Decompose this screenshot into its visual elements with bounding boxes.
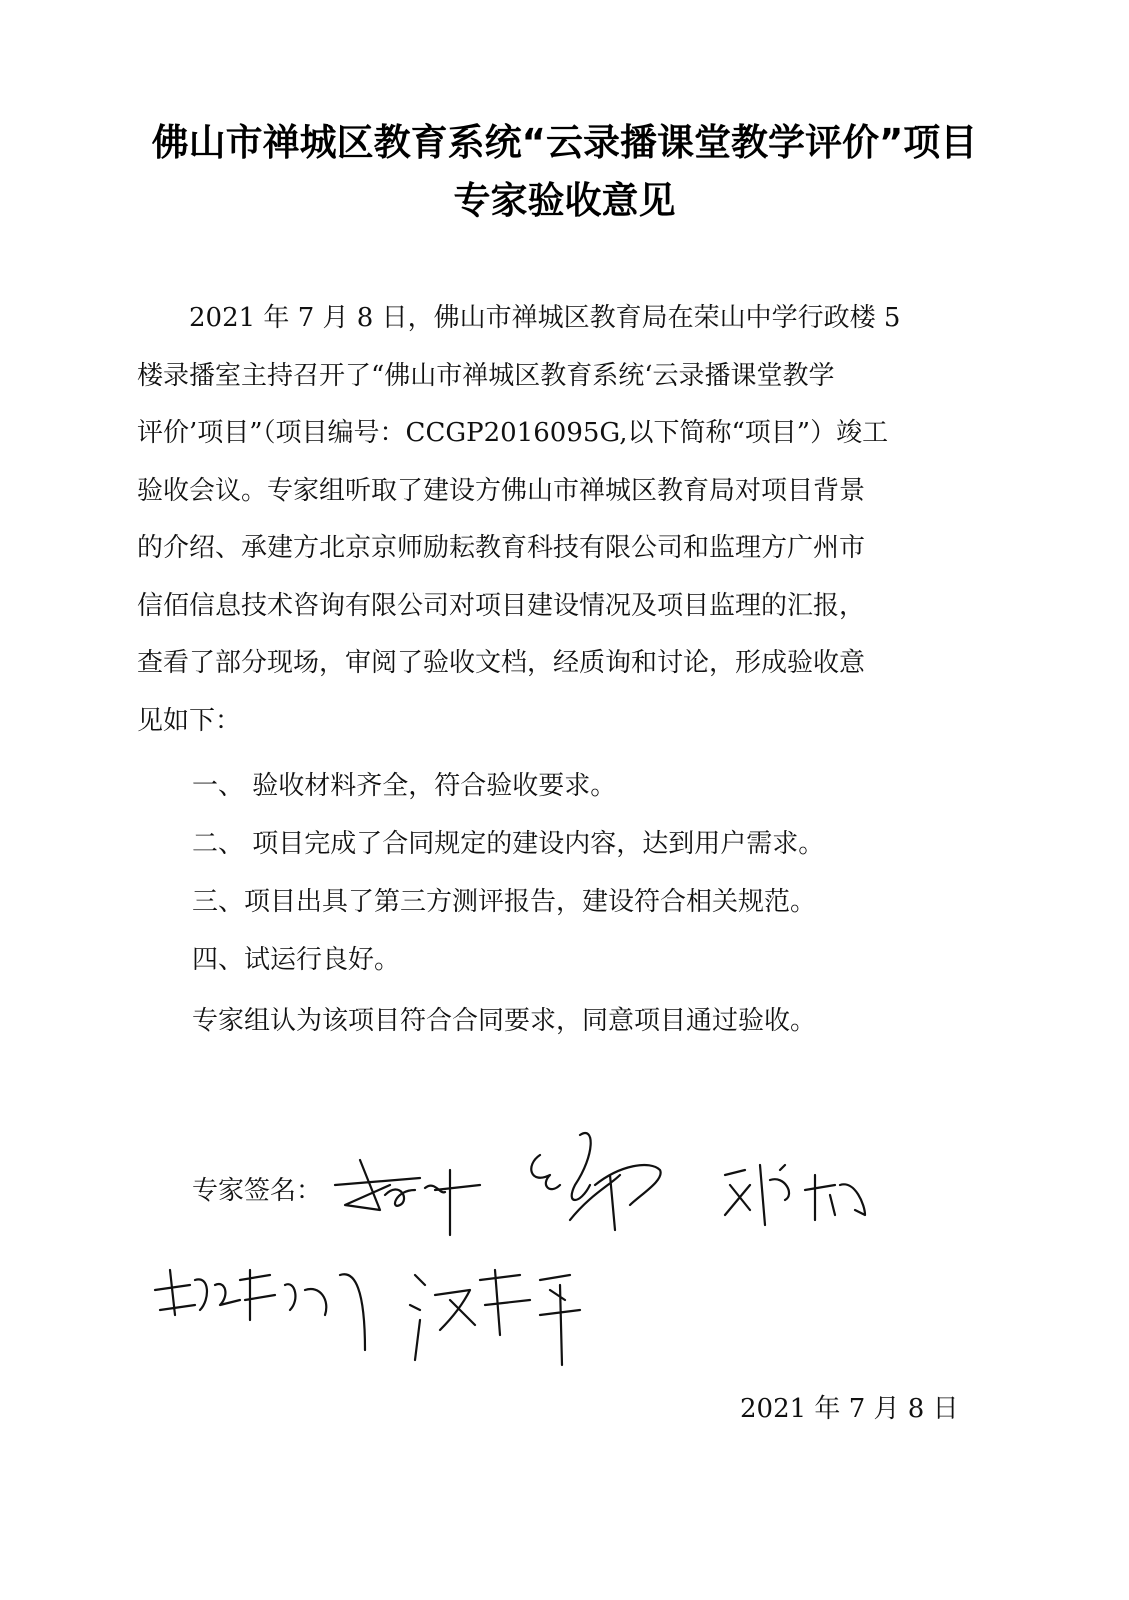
expert-signature-2 <box>520 1125 680 1245</box>
opinion-item-1: 一、 验收材料齐全，符合验收要求。 <box>192 765 616 802</box>
body-line: 查看了部分现场，审阅了验收文档，经质询和讨论，形成验收意 <box>137 635 977 693</box>
body-line: 楼录播室主持召开了“佛山市禅城区教育系统‘云录播课堂教学 <box>137 348 977 406</box>
document-title-line-1: 佛山市禅城区教育系统“云录播课堂教学评价”项目 <box>0 112 1129 166</box>
expert-signature-3 <box>715 1155 875 1245</box>
body-line: 2021 年 7 月 8 日，佛山市禅城区教育局在荣山中学行政楼 5 <box>137 290 977 348</box>
body-paragraph: 2021 年 7 月 8 日，佛山市禅城区教育局在荣山中学行政楼 5 楼录播室主… <box>137 290 977 750</box>
expert-signature-1 <box>330 1150 530 1230</box>
opinion-item-4: 四、试运行良好。 <box>192 939 400 976</box>
body-line: 见如下： <box>137 693 977 751</box>
expert-signature-5 <box>400 1265 600 1375</box>
body-line: 验收会议。专家组听取了建设方佛山市禅城区教育局对项目背景 <box>137 463 977 521</box>
opinion-item-2: 二、 项目完成了合同规定的建设内容，达到用户需求。 <box>192 823 824 860</box>
signing-date: 2021 年 7 月 8 日 <box>740 1388 959 1425</box>
expert-signature-4 <box>150 1260 390 1360</box>
conclusion-text: 专家组认为该项目符合合同要求，同意项目通过验收。 <box>192 1000 816 1037</box>
document-title-line-2: 专家验收意见 <box>0 170 1129 224</box>
signature-label: 专家签名： <box>192 1170 322 1207</box>
body-line: 信佰信息技术咨询有限公司对项目建设情况及项目监理的汇报， <box>137 578 977 636</box>
opinion-item-3: 三、项目出具了第三方测评报告，建设符合相关规范。 <box>192 881 816 918</box>
body-line: 的介绍、承建方北京京师励耘教育科技有限公司和监理方广州市 <box>137 520 977 578</box>
body-line: 评价’项目”（项目编号：CCGP2016095G,以下简称“项目”）竣工 <box>137 405 977 463</box>
